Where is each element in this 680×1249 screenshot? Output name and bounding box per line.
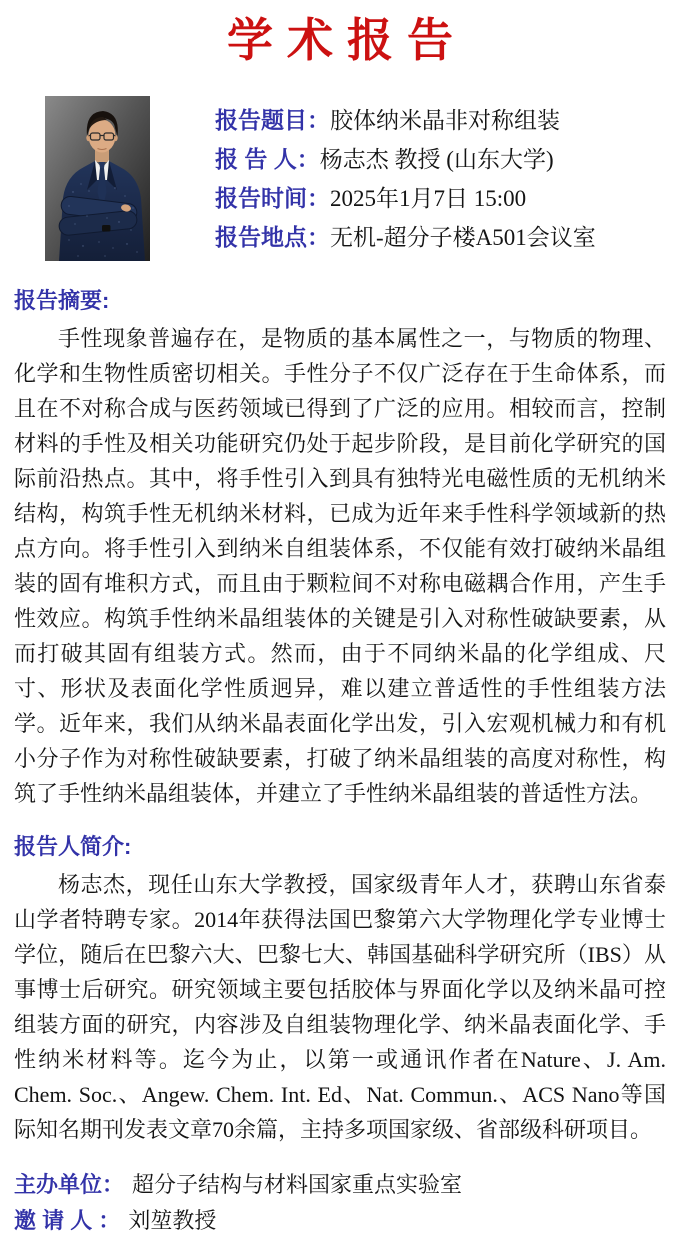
inviter-row: 邀 请 人 ：刘堃教授 bbox=[14, 1203, 666, 1239]
speaker-label: 报 告 人： bbox=[215, 146, 320, 172]
info-section: 报告题目：胶体纳米晶非对称组装 报 告 人：杨志杰 教授 (山东大学) 报告时间… bbox=[14, 96, 666, 261]
topic-value: 胶体纳米晶非对称组装 bbox=[330, 108, 560, 133]
topic-label: 报告题目： bbox=[215, 107, 330, 133]
page-title: 学术报告 bbox=[14, 10, 666, 70]
lecture-announcement: 学术报告 bbox=[0, 0, 680, 1249]
inviter-label: 邀 请 人 ： bbox=[14, 1208, 120, 1233]
info-row-time: 报告时间：2025年1月7日 15:00 bbox=[215, 179, 596, 218]
bio-text: 杨志杰，现任山东大学教授，国家级青年人才，获聘山东省泰山学者特聘专家。2014年… bbox=[14, 867, 666, 1147]
info-row-topic: 报告题目：胶体纳米晶非对称组装 bbox=[215, 101, 596, 140]
info-details: 报告题目：胶体纳米晶非对称组装 报 告 人：杨志杰 教授 (山东大学) 报告时间… bbox=[215, 96, 596, 257]
host-value: 超分子结构与材料国家重点实验室 bbox=[132, 1172, 462, 1197]
speaker-value: 杨志杰 教授 (山东大学) bbox=[320, 147, 554, 172]
info-row-location: 报告地点：无机-超分子楼A501会议室 bbox=[215, 218, 596, 257]
bio-heading: 报告人简介: bbox=[14, 833, 666, 861]
abstract-heading: 报告摘要: bbox=[14, 287, 666, 315]
host-label: 主办单位： bbox=[14, 1172, 124, 1197]
host-row: 主办单位：超分子结构与材料国家重点实验室 bbox=[14, 1167, 666, 1203]
time-value: 2025年1月7日 15:00 bbox=[330, 186, 526, 211]
speaker-portrait-illustration bbox=[45, 96, 150, 261]
footer-section: 主办单位：超分子结构与材料国家重点实验室 邀 请 人 ：刘堃教授 bbox=[14, 1167, 666, 1239]
speaker-photo bbox=[45, 96, 150, 261]
location-value: 无机-超分子楼A501会议室 bbox=[330, 225, 596, 250]
inviter-value: 刘堃教授 bbox=[128, 1208, 216, 1233]
info-row-speaker: 报 告 人：杨志杰 教授 (山东大学) bbox=[215, 140, 596, 179]
location-label: 报告地点： bbox=[215, 224, 330, 250]
abstract-text: 手性现象普遍存在，是物质的基本属性之一，与物质的物理、化学和生物性质密切相关。手… bbox=[14, 321, 666, 811]
time-label: 报告时间： bbox=[215, 185, 330, 211]
